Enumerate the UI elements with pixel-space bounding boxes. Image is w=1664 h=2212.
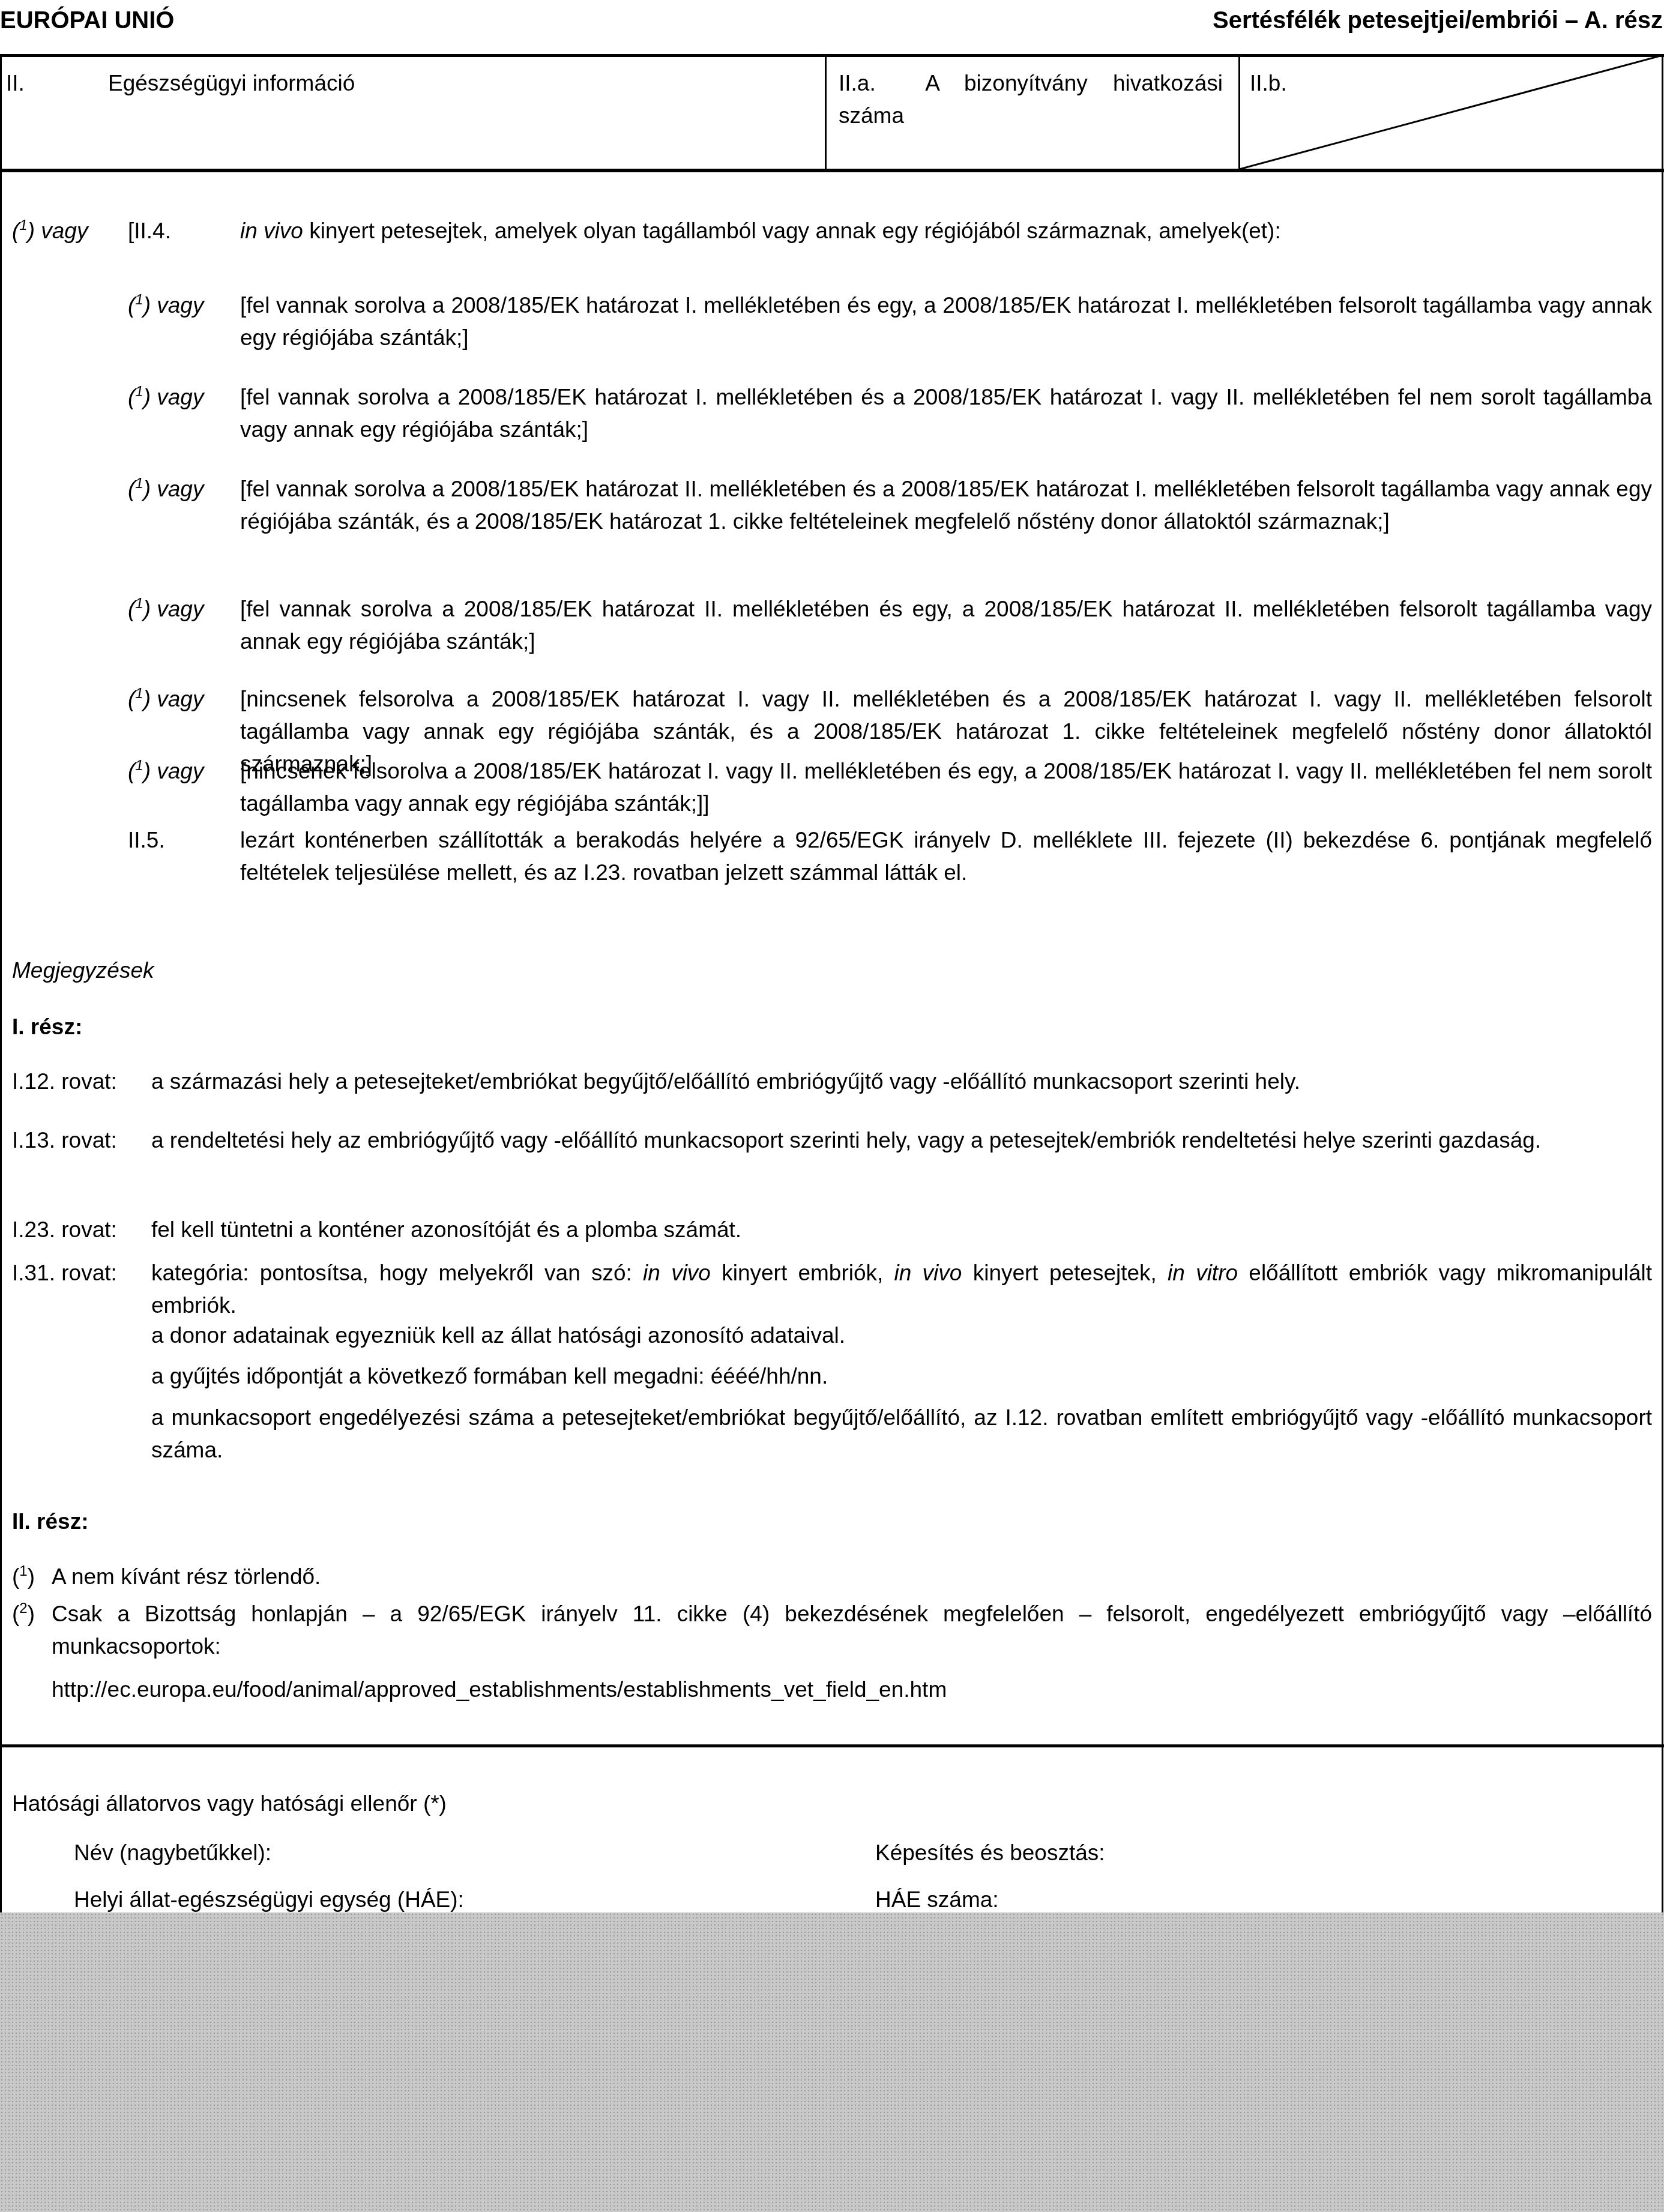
option-marker: (1) vagy (128, 289, 203, 322)
option-marker: (1) vagy (128, 473, 203, 505)
option-text: [fel vannak sorolva a 2008/185/EK határo… (240, 473, 1652, 538)
part2-heading: II. rész: (12, 1505, 89, 1538)
approved-establishments-link[interactable]: http://ec.europa.eu/food/animal/approved… (52, 1674, 947, 1706)
document-part-title: Sertésfélék petesejtjei/embriói – A. rés… (1213, 7, 1663, 34)
option-marker: (1) vagy (128, 593, 203, 625)
certificate-reference-label: II.a. A bizonyítvány hivatkozási száma (839, 67, 1223, 132)
column-divider-a (825, 54, 827, 170)
ii4-number: [II.4. (128, 215, 171, 247)
notes-heading: Megjegyzések (12, 954, 154, 987)
note-i31-extra-1: a donor adatainak egyezniük kell az álla… (151, 1319, 1652, 1352)
note-label-i12: I.12. rovat: (12, 1065, 117, 1098)
option-marker: (1) vagy (128, 683, 203, 716)
ref-b-label: II.b. (1250, 67, 1287, 100)
local-unit-label: Helyi állat-egészségügyi egység (HÁE): (74, 1884, 464, 1916)
footnote-1-mark: (1) (12, 1561, 35, 1593)
section-separator (0, 1744, 1664, 1747)
signature-heading: Hatósági állatorvos vagy hatósági ellenő… (12, 1788, 447, 1820)
section-title: Egészségügyi információ (108, 67, 355, 100)
option-marker: (1) vagy (128, 755, 203, 788)
page-cutoff-area (0, 1912, 1664, 2212)
note-i31-extra-2: a gyűjtés időpontját a következő formába… (151, 1360, 1652, 1393)
option-text: [nincsenek felsorolva a 2008/185/EK hatá… (240, 755, 1652, 820)
option-marker: (1) vagy (128, 381, 203, 414)
note-i31-extra-3: a munkacsoport engedélyezési száma a pet… (151, 1402, 1652, 1466)
note-text-i12: a származási hely a petesejteket/embriók… (151, 1065, 1652, 1098)
ref-label-num: II.a. (839, 71, 876, 95)
note-text-i23: fel kell tüntetni a konténer azonosítójá… (151, 1214, 1652, 1246)
note-label-i23: I.23. rovat: (12, 1214, 117, 1246)
note-text-i13: a rendeltetési hely az embriógyűjtő vagy… (151, 1124, 1652, 1157)
section-number: II. (6, 67, 25, 100)
ii5-text: lezárt konténerben szállították a berako… (240, 824, 1652, 889)
option-text: [fel vannak sorolva a 2008/185/EK határo… (240, 381, 1652, 446)
left-border (0, 54, 2, 1912)
crossed-out-cell (1239, 55, 1663, 169)
qualification-label: Képesítés és beosztás: (875, 1837, 1105, 1869)
name-label: Név (nagybetűkkel): (74, 1837, 271, 1869)
note-text-i31: kategória: pontosítsa, hogy melyekről va… (151, 1257, 1652, 1322)
footnote-1-text: A nem kívánt rész törlendő. (52, 1561, 1652, 1593)
note-label-i31: I.31. rovat: (12, 1257, 117, 1289)
footnote-2-mark: (2) (12, 1598, 35, 1630)
footnote-2-text: Csak a Bizottság honlapján – a 92/65/EGK… (52, 1598, 1652, 1663)
option-text: [fel vannak sorolva a 2008/185/EK határo… (240, 289, 1652, 354)
local-unit-number-label: HÁE száma: (875, 1884, 999, 1916)
option-marker: (1) vagy (12, 215, 88, 247)
ii4-text: in vivo kinyert petesejtek, amelyek olya… (240, 215, 1651, 247)
ii5-number: II.5. (128, 824, 165, 857)
eu-title: EURÓPAI UNIÓ (0, 7, 174, 34)
note-label-i13: I.13. rovat: (12, 1124, 117, 1157)
option-text: [fel vannak sorolva a 2008/185/EK határo… (240, 593, 1652, 658)
right-border (1662, 54, 1663, 1912)
part1-heading: I. rész: (12, 1011, 82, 1043)
